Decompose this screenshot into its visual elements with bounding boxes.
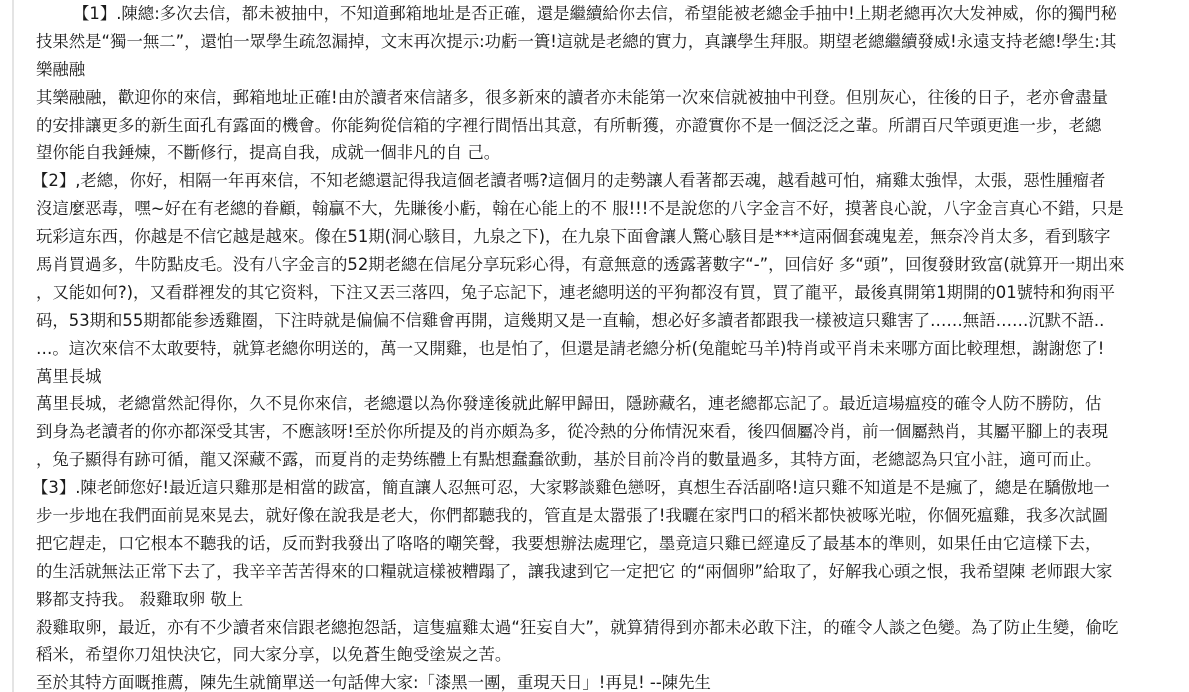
letter-3-signature: 夥都支持我。 殺雞取卵 敬上: [36, 586, 1189, 614]
letter-1: 【1】.陳總:多次去信，都未被抽中，不知道郵箱地址是否正確，還是繼續給你去信，希…: [36, 0, 1189, 167]
letter-3-question-line: 步一步地在我們面前晃來晃去，就好像在說我是老大，你們都聽我的，管直是太嚣張了!我…: [36, 502, 1189, 530]
letter-1-question-line: 技果然是“獨一無二”，還怕一眾學生疏忽漏掉，文末再次提示:功虧一簣!這就是老總的…: [36, 28, 1189, 56]
letter-3-question-line: 的生活就無法正常下去了，我辛辛苦苦得來的口糧就這樣被糟蹋了，讓我逮到它一定把它 …: [36, 558, 1189, 586]
letter-1-reply-line: 其樂融融，歡迎你的來信，郵箱地址正確!由於讀者來信諸多，很多新來的讀者亦未能第一…: [36, 84, 1189, 112]
document-page: 【1】.陳總:多次去信，都未被抽中，不知道郵箱地址是否正確，還是繼續給你去信，希…: [0, 0, 1189, 692]
letter-3: 【3】.陳老師您好!最近這只雞那是相當的跋富，簡直讓人忍無可忍，大家夥談雞色戀呀…: [36, 474, 1189, 669]
letter-1-reply-line: 望你能自我錘煉，不斷修行，提高自我，成就一個非凡的自 己。: [36, 139, 1189, 167]
letter-1-question-line: 【1】.陳總:多次去信，都未被抽中，不知道郵箱地址是否正確，還是繼續給你去信，希…: [36, 0, 1189, 28]
letter-2-reply-line: ，兔子顯得有跡可循，龍又深藏不露，而夏肖的走势练體上有點想蠢蠢欲動，基於目前冷肖…: [36, 446, 1189, 474]
letter-2-reply-line: 萬里長城，老總當然記得你，久不見你來信，老總還以為你發達後就此解甲歸田，隱跡藏名…: [36, 390, 1189, 418]
left-border-rule: [12, 0, 14, 692]
letter-1-signature: 樂融融: [36, 56, 1189, 84]
letter-3-question-line: 【3】.陳老師您好!最近這只雞那是相當的跋富，簡直讓人忍無可忍，大家夥談雞色戀呀…: [32, 474, 1189, 502]
letter-2-reply-line: 到身為老讀者的你亦都深受其害，不應該呀!至於你所提及的肖亦頗為多，從冷熱的分佈情…: [36, 418, 1189, 446]
letter-1-reply-line: 的安排讓更多的新生面孔有露面的機會。你能夠從信箱的字裡行間悟出其意，有所斬獲，亦…: [36, 112, 1189, 140]
letter-2-question-line: 【2】,老總，你好，相隔一年再來信，不知老總還記得我這個老讀者嗎?這個月的走勢讓…: [32, 167, 1189, 195]
article-body: 【1】.陳總:多次去信，都未被抽中，不知道郵箱地址是否正確，還是繼續給你去信，希…: [36, 0, 1189, 692]
letter-2-question-line: 馬肖買過多，牛防點皮毛。没有八字金言的52期老總在信尾分享玩彩心得，有意無意的透…: [36, 251, 1189, 279]
letter-2: 【2】,老總，你好，相隔一年再來信，不知老總還記得我這個老讀者嗎?這個月的走勢讓…: [36, 167, 1189, 474]
letter-3-reply-line: 稻米，希望你刀俎快決它，同大家分享，以免蒼生飽受塗炭之苦。: [36, 641, 1189, 669]
letter-2-question-line: 码，53期和55期都能参透雞圈，下注時就是偏偏不信雞會再開，這幾期又是一直輸，想…: [36, 307, 1189, 335]
letter-2-question-line: …。這次來信不太敢要特，就算老總你明送的，萬一又開雞，也是怕了，但還是請老總分析…: [36, 335, 1189, 363]
letter-2-question-line: ，又能如何?)，又看群裡发的其它资料，下注又丟三落四，兔子忘記下，連老總明送的平…: [36, 279, 1189, 307]
letter-3-question-line: 把它趕走，口它根本不聽我的话，反而對我發出了咯咯的嘲笑聲，我要想辦法處理它，墨竟…: [36, 530, 1189, 558]
letter-2-question-line: 沒這麼恶毒，嘿~好在有老總的眷顧，翰贏不大，先賺後小虧，翰在心能上的不 服!!!…: [36, 195, 1189, 223]
letter-2-question-line: 玩彩這东西，你越是不信它越是越來。像在51期(洞心駭目，九泉之下)，在九泉下面會…: [36, 223, 1189, 251]
letter-2-signature: 萬里長城: [36, 363, 1189, 391]
letter-3-reply-line: 殺雞取卵，最近，亦有不少讀者來信跟老總抱怨話，這隻瘟雞太過“狂妄自大”，就算猜得…: [36, 614, 1189, 642]
closing-line: 至於其特方面嘅推薦，陳先生就簡單送一句話俾大家:「漆黑一團，重現天日」!再見! …: [36, 669, 1189, 692]
